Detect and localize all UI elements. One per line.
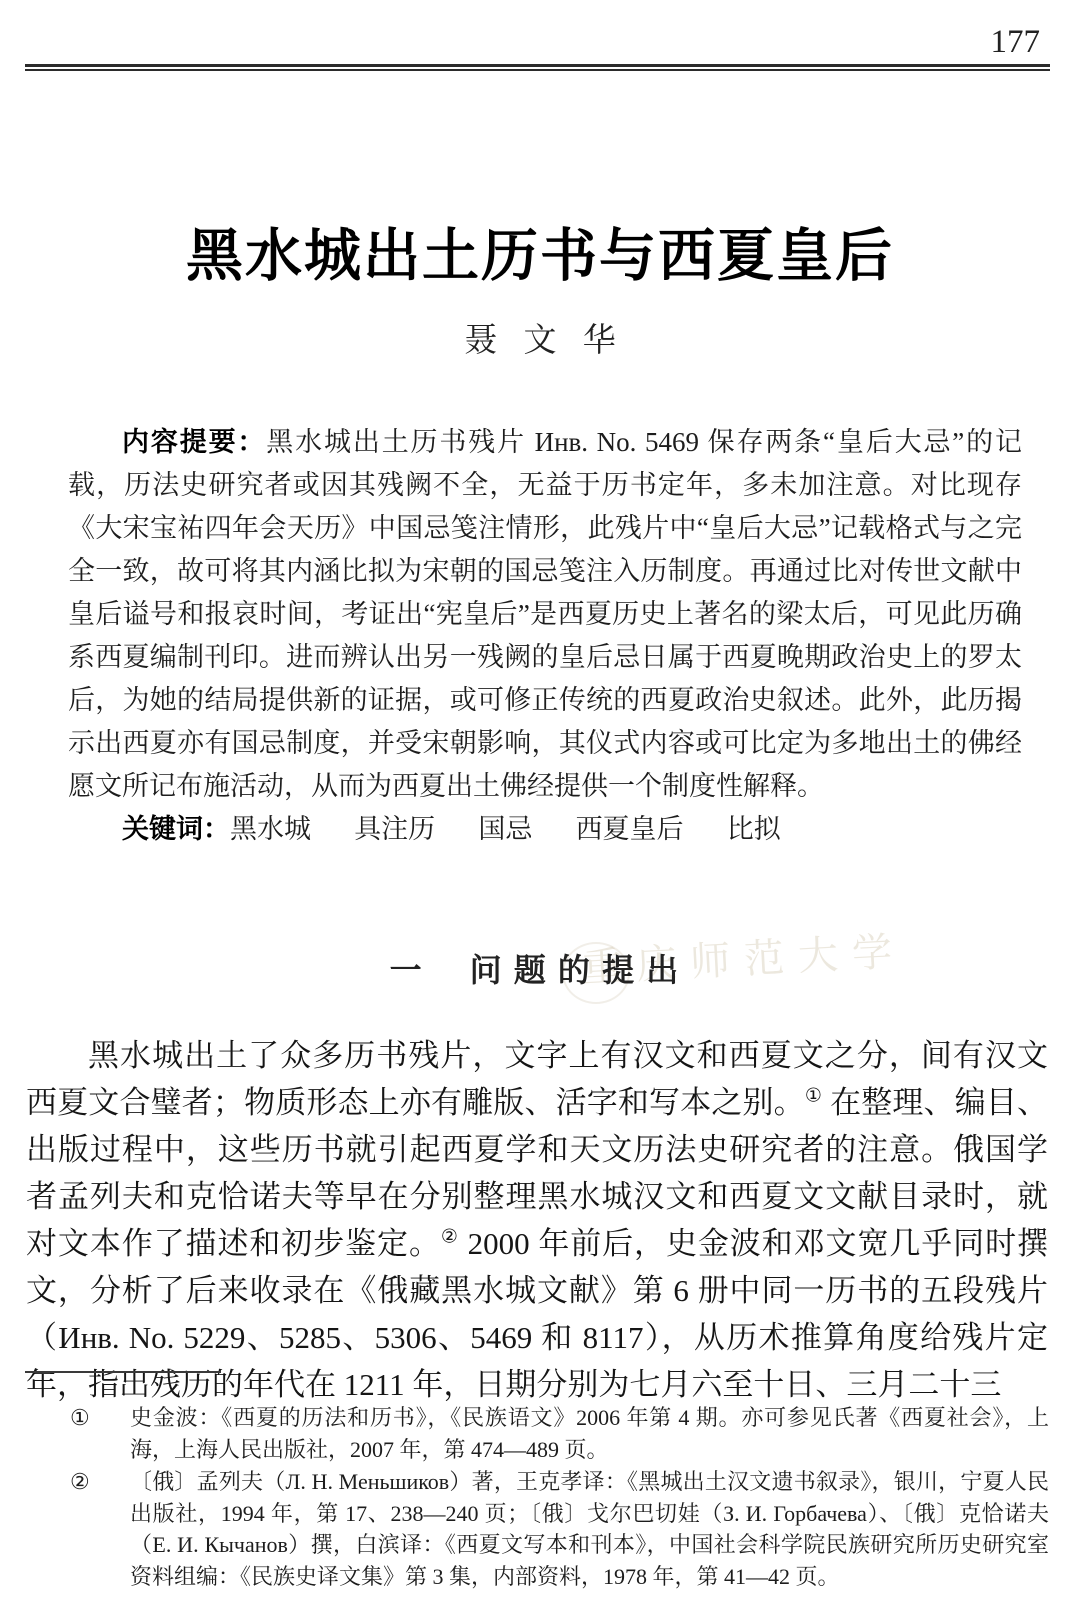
author-name: 聂 文 华	[0, 314, 1080, 361]
body-paragraph: 黑水城出土了众多历书残片，文字上有汉文和西夏文之分，间有汉文西夏文合璧者；物质形…	[26, 1032, 1048, 1408]
paper-title: 黑水城出土历书与西夏皇后	[0, 210, 1080, 292]
page-number: 177	[991, 24, 1041, 61]
keyword-item: 国忌	[478, 814, 532, 844]
section-title: 问题的提出	[470, 952, 691, 988]
footnote-item: ①史金波：《西夏的历法和历书》，《民族语文》2006 年第 4 期。亦可参见氏著…	[25, 1402, 1049, 1465]
keyword-item: 西夏皇后	[576, 814, 684, 844]
footnote-list: ①史金波：《西夏的历法和历书》，《民族语文》2006 年第 4 期。亦可参见氏著…	[25, 1402, 1049, 1593]
footnote-marker: ①	[70, 1402, 90, 1434]
footnote-item: ②〔俄〕孟列夫（Л. Н. Меньшиков）著，王克孝译：《黑城出土汉文遗书…	[25, 1466, 1049, 1592]
keyword-item: 比拟	[727, 814, 781, 844]
abstract-paragraph: 内容提要：黑水城出土历书残片 Инв. No. 5469 保存两条“皇后大忌”的…	[68, 421, 1022, 808]
footnote-ref-2: ②	[441, 1227, 459, 1248]
footnote-marker: ②	[70, 1466, 90, 1498]
keywords-row: 关键词：黑水城具注历国忌西夏皇后比拟	[68, 808, 1022, 851]
abstract-block: 内容提要：黑水城出土历书残片 Инв. No. 5469 保存两条“皇后大忌”的…	[68, 421, 1022, 851]
keywords-label: 关键词：	[122, 814, 230, 844]
footnote-text: 史金波：《西夏的历法和历书》，《民族语文》2006 年第 4 期。亦可参见氏著《…	[130, 1405, 1049, 1462]
body-text-block: 黑水城出土了众多历书残片，文字上有汉文和西夏文之分，间有汉文西夏文合璧者；物质形…	[26, 1032, 1048, 1408]
header-double-rule	[25, 64, 1050, 71]
footnote-separator-rule	[25, 1371, 221, 1373]
section-number: 一	[390, 952, 422, 988]
paper-page: { "page": { "number": "177" }, "title": …	[0, 0, 1080, 1612]
footnote-text: 〔俄〕孟列夫（Л. Н. Меньшиков）著，王克孝译：《黑城出土汉文遗书叙…	[130, 1469, 1049, 1589]
abstract-label: 内容提要：	[122, 427, 266, 457]
abstract-text: 黑水城出土历书残片 Инв. No. 5469 保存两条“皇后大忌”的记载，历法…	[68, 427, 1022, 801]
keyword-item: 具注历	[354, 814, 435, 844]
footnote-ref-1: ①	[805, 1086, 822, 1107]
keyword-item: 黑水城	[230, 814, 311, 844]
section-heading: 一问题的提出	[0, 945, 1080, 991]
